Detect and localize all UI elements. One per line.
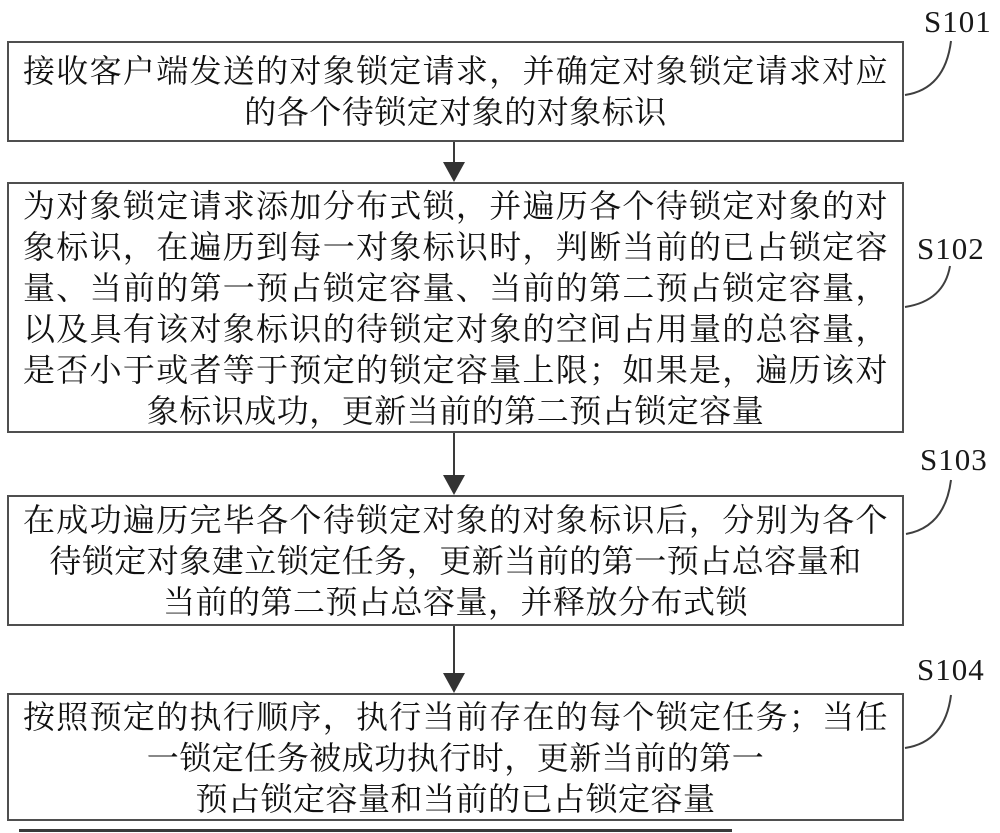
step-text-line: 预占锁定容量和当前的已占锁定容量	[23, 779, 888, 820]
flow-arrow-head	[443, 475, 465, 495]
step-label-s102: S102	[917, 231, 985, 267]
flow-arrow-line	[453, 142, 455, 164]
step-label-s101: S101	[924, 4, 992, 40]
flow-arrow-line	[453, 626, 455, 674]
step-connector-curve	[905, 41, 951, 95]
step-text-line: 是否小于或者等于预定的锁定容量上限；如果是，遍历该对	[23, 350, 888, 391]
step-text-line: 的各个待锁定对象的对象标识	[23, 92, 888, 133]
flow-step-box-s103: 在成功遍历完毕各个待锁定对象的对象标识后，分别为各个 待锁定对象建立锁定任务，更…	[7, 495, 904, 626]
step-text-line: 量、当前的第一预占锁定容量、当前的第二预占锁定容量，	[23, 268, 888, 309]
step-text-line: 为对象锁定请求添加分布式锁，并遍历各个待锁定对象的对	[23, 186, 888, 227]
step-text-line: 象标识，在遍历到每一对象标识时，判断当前的已占锁定容	[23, 227, 888, 268]
step-connector-curve	[906, 480, 951, 534]
flow-arrow-head	[443, 673, 465, 693]
cropped-bottom-line	[19, 829, 732, 832]
flowchart-figure: 接收客户端发送的对象锁定请求，并确定对象锁定请求对应 的各个待锁定对象的对象标识…	[0, 0, 1000, 833]
step-text-line: 一锁定任务被成功执行时，更新当前的第一	[23, 738, 888, 779]
flow-step-box-s102: 为对象锁定请求添加分布式锁，并遍历各个待锁定对象的对 象标识，在遍历到每一对象标…	[7, 182, 904, 433]
step-text-line: 以及具有该对象标识的待锁定对象的空间占用量的总容量，	[23, 309, 888, 350]
flow-arrow-head	[443, 162, 465, 182]
step-text-line: 按照预定的执行顺序，执行当前存在的每个锁定任务；当任	[23, 697, 888, 738]
flow-arrow-line	[453, 433, 455, 476]
step-label-s104: S104	[917, 652, 985, 688]
step-text-line: 在成功遍历完毕各个待锁定对象的对象标识后，分别为各个	[23, 500, 888, 541]
flow-step-box-s104: 按照预定的执行顺序，执行当前存在的每个锁定任务；当任 一锁定任务被成功执行时，更…	[7, 693, 904, 821]
step-text-line: 接收客户端发送的对象锁定请求，并确定对象锁定请求对应	[23, 51, 888, 92]
step-text-line: 象标识成功，更新当前的第二预占锁定容量	[23, 391, 888, 432]
step-label-s103: S103	[920, 442, 988, 478]
step-text-line: 当前的第二预占总容量，并释放分布式锁	[23, 582, 888, 623]
step-connector-curve	[905, 266, 950, 307]
step-text-line: 待锁定对象建立锁定任务，更新当前的第一预占总容量和	[23, 541, 888, 582]
flow-step-box-s101: 接收客户端发送的对象锁定请求，并确定对象锁定请求对应 的各个待锁定对象的对象标识	[7, 41, 904, 142]
step-connector-curve	[905, 695, 951, 748]
